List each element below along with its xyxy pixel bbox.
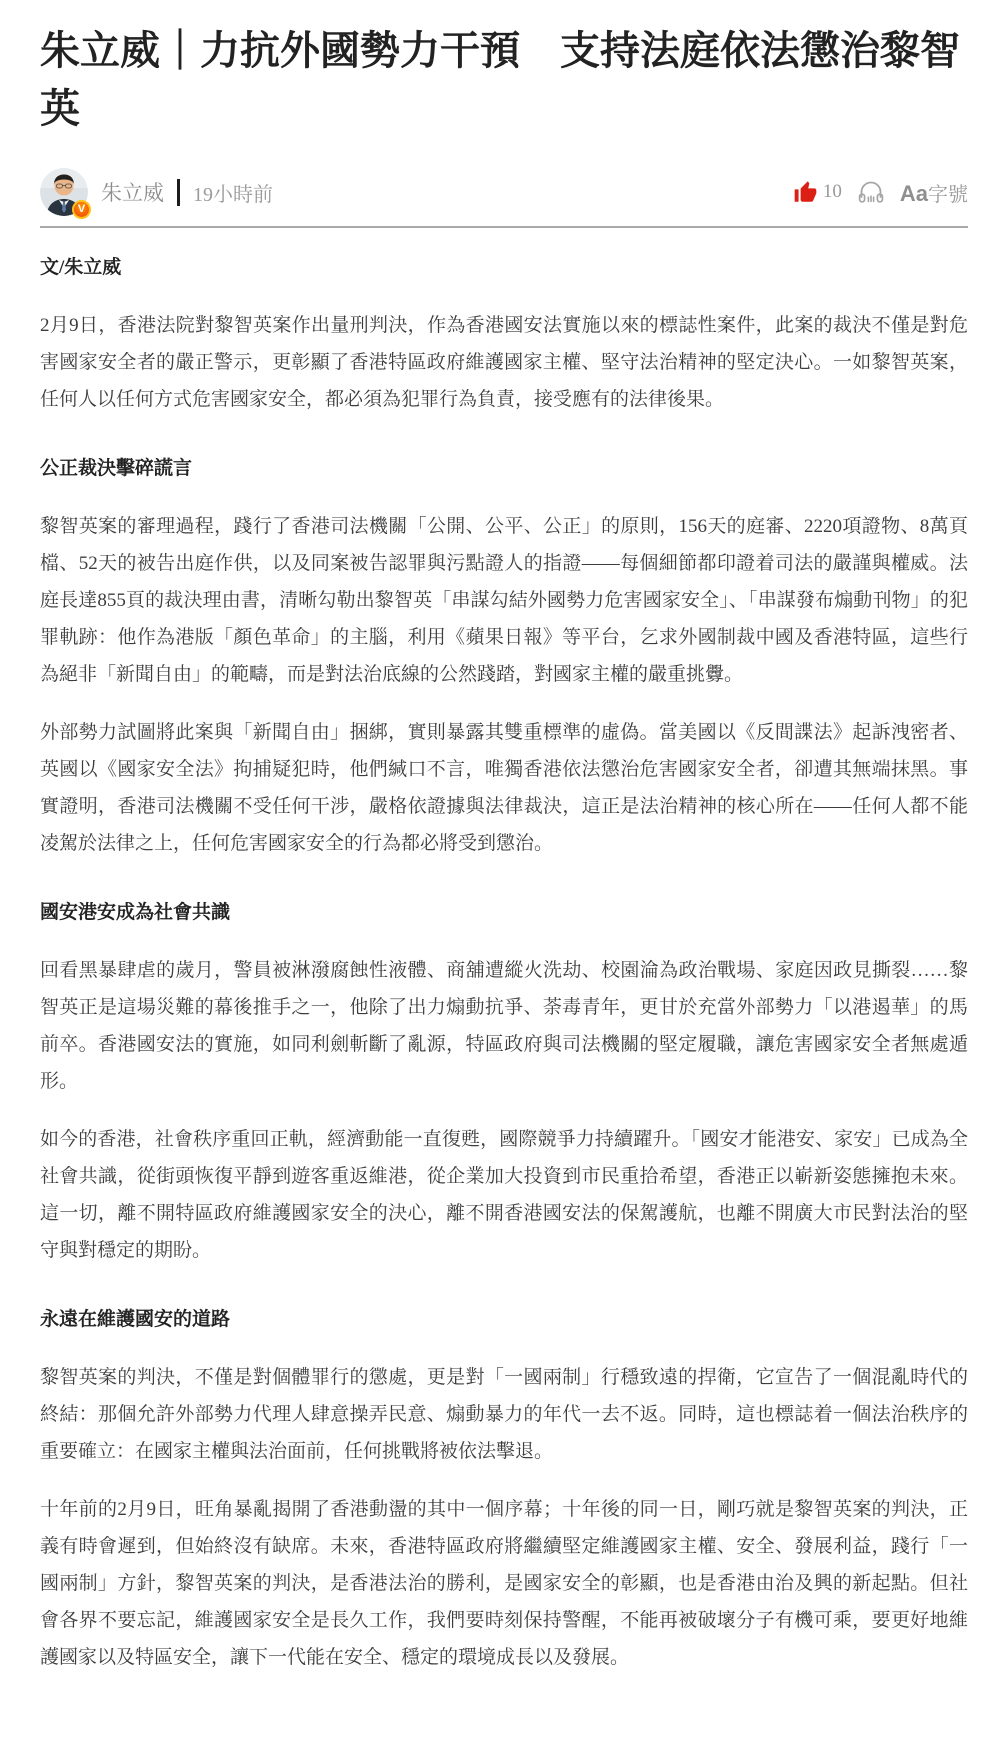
- section-heading-2: 國安港安成為社會共識: [40, 894, 968, 931]
- paragraph-5: 如今的香港，社會秩序重回正軌，經濟動能一直復甦，國際競爭力持續躍升。「國安才能港…: [40, 1121, 968, 1269]
- section-heading-3: 永遠在維護國安的道路: [40, 1301, 968, 1338]
- verified-v-badge: V: [72, 200, 91, 219]
- article-byline: 文/朱立威: [40, 249, 968, 286]
- author-avatar[interactable]: V: [40, 168, 88, 216]
- name-time-divider: [177, 179, 180, 206]
- article-page: 朱立威｜力抗外國勢力干預 支持法庭依法懲治黎智英: [0, 0, 1008, 1737]
- headphones-icon: [857, 179, 885, 205]
- like-count: 10: [823, 181, 842, 203]
- like-button[interactable]: 10: [792, 179, 842, 205]
- font-size-label: 字號: [928, 178, 968, 207]
- header-divider: [40, 226, 968, 228]
- listen-button[interactable]: [857, 179, 885, 205]
- paragraph-4: 回看黑暴肆虐的歲月，警員被淋潑腐蝕性液體、商舖遭縱火洗劫、校園淪為政治戰場、家庭…: [40, 952, 968, 1100]
- page-title: 朱立威｜力抗外國勢力干預 支持法庭依法懲治黎智英: [40, 22, 968, 138]
- header-actions: 10 Aa字號: [792, 178, 968, 207]
- paragraph-2: 黎智英案的審理過程，踐行了香港司法機關「公開、公平、公正」的原則，156天的庭審…: [40, 508, 968, 693]
- author-row: V 朱立威 19小時前 10 Aa字號: [40, 168, 968, 216]
- thumb-up-icon: [792, 179, 819, 205]
- publish-time: 19小時前: [193, 178, 273, 207]
- paragraph-3: 外部勢力試圖將此案與「新聞自由」捆綁，實則暴露其雙重標準的虛偽。當美國以《反間諜…: [40, 714, 968, 862]
- font-size-button[interactable]: Aa字號: [900, 178, 968, 207]
- paragraph-6: 黎智英案的判決，不僅是對個體罪行的懲處，更是對「一國兩制」行穩致遠的捍衛，它宣告…: [40, 1359, 968, 1470]
- font-size-aa: Aa: [900, 181, 928, 207]
- author-name[interactable]: 朱立威: [101, 177, 164, 207]
- paragraph-7: 十年前的2月9日，旺角暴亂揭開了香港動盪的其中一個序幕；十年後的同一日，剛巧就是…: [40, 1491, 968, 1676]
- section-heading-1: 公正裁決擊碎謊言: [40, 450, 968, 487]
- article-body: 文/朱立威 2月9日，香港法院對黎智英案作出量刑判決，作為香港國安法實施以來的標…: [40, 249, 968, 1676]
- paragraph-1: 2月9日，香港法院對黎智英案作出量刑判決，作為香港國安法實施以來的標誌性案件，此…: [40, 307, 968, 418]
